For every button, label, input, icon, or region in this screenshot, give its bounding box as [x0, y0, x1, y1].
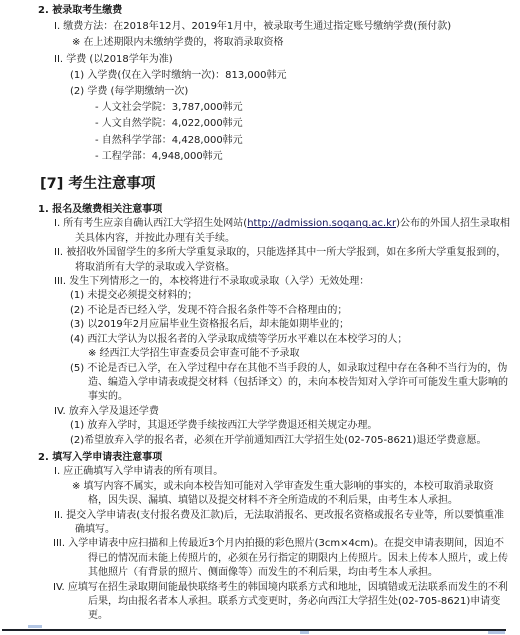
website-text-pre: I. 所有考生应亲自确认西江大学招生处网站( [54, 218, 247, 229]
notice-section: [7] 考生注意事项 1. 报名及缴费相关注意事项 I. 所有考生应亲自确认西江… [0, 174, 520, 624]
form-item-no-cancel: II. 提交入学申请表(支付报名费及汇款)后，无法取消报名、更改报名资格或报名专… [0, 509, 512, 538]
document-page: 2. 被录取考生缴费 I. 缴费方法：在2018年12月、2019年1月中，被录… [0, 0, 520, 635]
cutoff-table-cell-mark [300, 631, 309, 634]
refund-rule-2: (2)希望放弃入学的报名者，必须在开学前通知西江大学招生处(02-705-862… [70, 434, 512, 448]
notice1-item-website: I. 所有考生应亲自确认西江大学招生处网站(http://admission.s… [0, 217, 512, 246]
tuition-college-item: - 人文自然学院：4,022,000韩元 [95, 116, 512, 132]
form-item-fill-all: I. 应正确填写入学申请表的所有项目。 [54, 465, 512, 479]
invalid-case-1: (1) 未提交必须提交材料的； [70, 289, 512, 303]
notice1-item-duplicate-admission: II. 被招收外国留学生的多所大学重复录取的，只能选择其中一所大学报到，如在多所… [0, 246, 512, 275]
admission-fee-item: (1) 入学费(仅在入学时缴纳一次)：813,000韩元 [70, 68, 512, 84]
form-item-contact-info: IV. 应填写在招生录取期间能最快联络考生的韩国境内联系方式和地址，因填错或无法… [0, 581, 512, 624]
form-item-photo-upload: III. 入学申请表中应扫描和上传最近3个月内拍摄的彩色照片(3cm×4cm)。… [0, 537, 512, 580]
subsection1-heading: 1. 报名及缴费相关注意事项 [38, 203, 512, 217]
cutoff-table-cell-mark [488, 631, 505, 634]
invalid-case-3: (3) 以2019年2月应届毕业生资格报名后，却未能如期毕业的； [70, 318, 512, 332]
invalid-case-4-note: ※ 经西江大学招生审查委员会审查可能不予录取 [88, 347, 512, 361]
fee-method-item: I. 缴费方法：在2018年12月、2019年1月中，被录取考生通过指定账号缴纳… [54, 19, 512, 35]
tuition-per-semester-item: (2) 学费 (每学期缴纳一次) [70, 84, 512, 100]
invalid-case-2: (2) 不论是否已经入学，发现不符合报名条件等不合格理由的； [70, 304, 512, 318]
notice1-item-refund: IV. 放弃入学及退还学费 [54, 405, 512, 419]
subsection2-heading: 2. 填写入学申请表注意事项 [38, 451, 512, 465]
invalid-case-5: (5) 不论是否已入学，在入学过程中存在其他不当手段的人，如录取过程中存在各种不… [0, 362, 512, 405]
tuition-college-item: - 自然科学学部：4,428,000韩元 [95, 133, 512, 149]
refund-rule-1: (1) 放弃入学时，其退还学费手续按西江大学学费退还相关规定办理。 [70, 419, 512, 433]
invalid-case-4: (4) 西江大学认为以报名者的入学录取成绩等学历水平难以在本校学习的人； [70, 333, 512, 347]
tuition-college-item: - 工程学部：4,948,000韩元 [95, 149, 512, 165]
form-item-fill-all-note: ※ 填写内容不属实，或未向本校告知可能对入学审查发生重大影响的事实的，本校可取消… [0, 480, 512, 509]
cutoff-table-cell-mark [28, 625, 42, 628]
fee-deadline-note: ※ 在上述期限内未缴纳学费的，将取消录取资格 [72, 35, 512, 51]
tuition-college-item: - 人文社会学院：3,787,000韩元 [95, 100, 512, 116]
cutoff-table-top-border [2, 629, 506, 631]
tuition-heading: II. 学费 (以2018学年为准) [54, 52, 512, 68]
section7-header: [7] 考生注意事项 [40, 174, 520, 194]
notice1-item-invalid-cases: III. 发生下列情形之一的，本校将进行不录取或录取（入学）无效处理： [54, 275, 512, 289]
fees-heading: 2. 被录取考生缴费 [38, 3, 512, 19]
admission-website-link[interactable]: http://admission.sogang.ac.kr [247, 218, 396, 229]
fees-section: 2. 被录取考生缴费 I. 缴费方法：在2018年12月、2019年1月中，被录… [0, 3, 520, 165]
